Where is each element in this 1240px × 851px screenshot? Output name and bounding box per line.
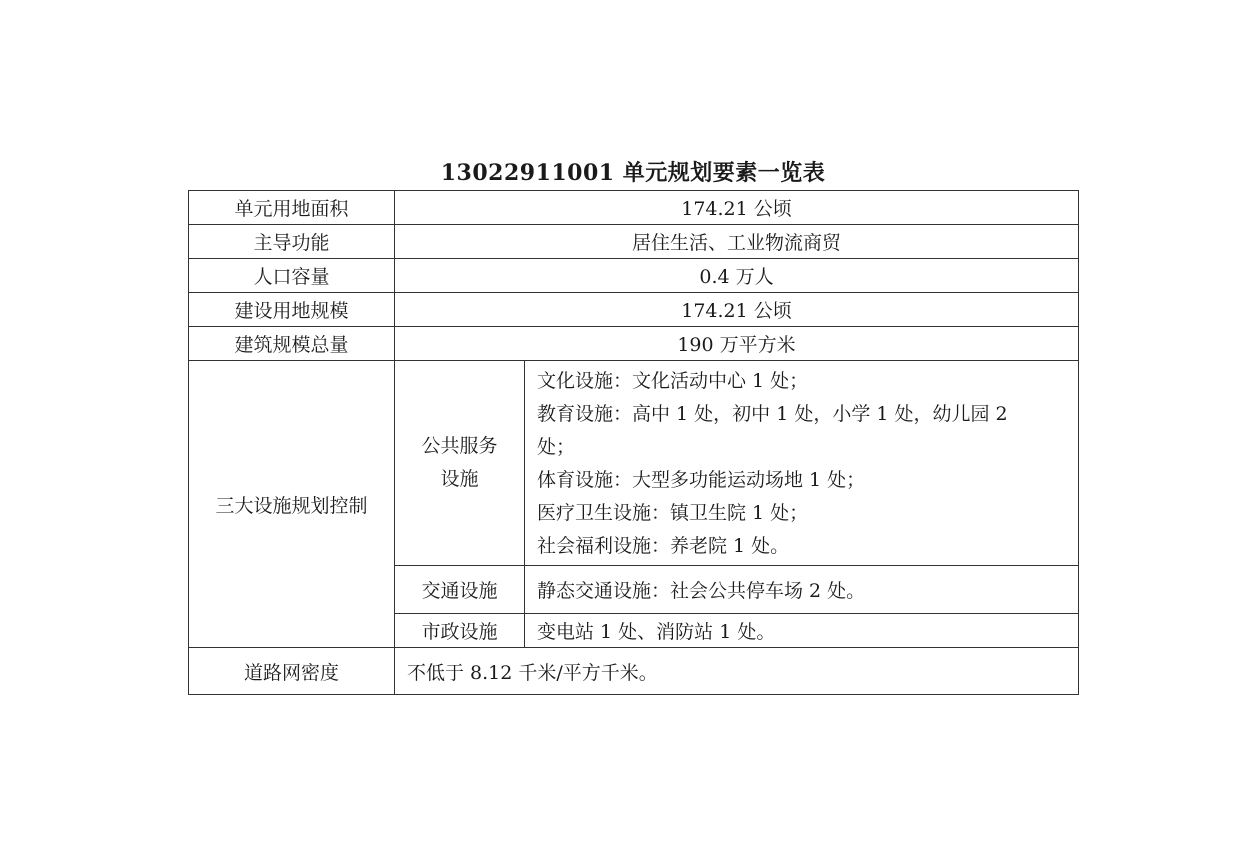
row-label: 单元用地面积 [189,191,395,225]
list-item: 处； [537,431,1066,464]
table-row: 三大设施规划控制 公共服务 设施 文化设施：文化活动中心 1 处； 教育设施：高… [189,361,1079,566]
transport-label: 交通设施 [395,566,525,614]
table-row: 建设用地规模 174.21 公顷 [189,293,1079,327]
road-density-label: 道路网密度 [189,648,395,695]
table-row: 道路网密度 不低于 8.12 千米/平方千米。 [189,648,1079,695]
table-title: 13022911001 单元规划要素一览表 [188,156,1078,187]
row-label: 人口容量 [189,259,395,293]
municipal-value: 变电站 1 处、消防站 1 处。 [525,614,1079,648]
table-row: 单元用地面积 174.21 公顷 [189,191,1079,225]
table-row: 主导功能 居住生活、工业物流商贸 [189,225,1079,259]
row-label: 建筑规模总量 [189,327,395,361]
row-value: 174.21 公顷 [395,191,1079,225]
planning-elements-table: 单元用地面积 174.21 公顷 主导功能 居住生活、工业物流商贸 人口容量 0… [188,190,1079,695]
list-item: 文化设施：文化活动中心 1 处； [537,365,1066,398]
list-item: 医疗卫生设施：镇卫生院 1 处； [537,497,1066,530]
list-item: 社会福利设施：养老院 1 处。 [537,530,1066,563]
list-item: 体育设施：大型多功能运动场地 1 处； [537,464,1066,497]
facilities-label: 三大设施规划控制 [189,361,395,648]
table-row: 人口容量 0.4 万人 [189,259,1079,293]
public-service-label-line: 设施 [395,463,524,496]
row-value: 0.4 万人 [395,259,1079,293]
row-value: 174.21 公顷 [395,293,1079,327]
public-service-label: 公共服务 设施 [395,361,525,566]
public-service-list: 文化设施：文化活动中心 1 处； 教育设施：高中 1 处，初中 1 处，小学 1… [525,361,1079,566]
row-value: 190 万平方米 [395,327,1079,361]
row-label: 主导功能 [189,225,395,259]
municipal-label: 市政设施 [395,614,525,648]
road-density-value: 不低于 8.12 千米/平方千米。 [395,648,1079,695]
row-label: 建设用地规模 [189,293,395,327]
list-item: 教育设施：高中 1 处，初中 1 处，小学 1 处，幼儿园 2 [537,398,1066,431]
table-row: 建筑规模总量 190 万平方米 [189,327,1079,361]
transport-value: 静态交通设施：社会公共停车场 2 处。 [525,566,1079,614]
row-value: 居住生活、工业物流商贸 [395,225,1079,259]
public-service-label-line: 公共服务 [395,430,524,463]
